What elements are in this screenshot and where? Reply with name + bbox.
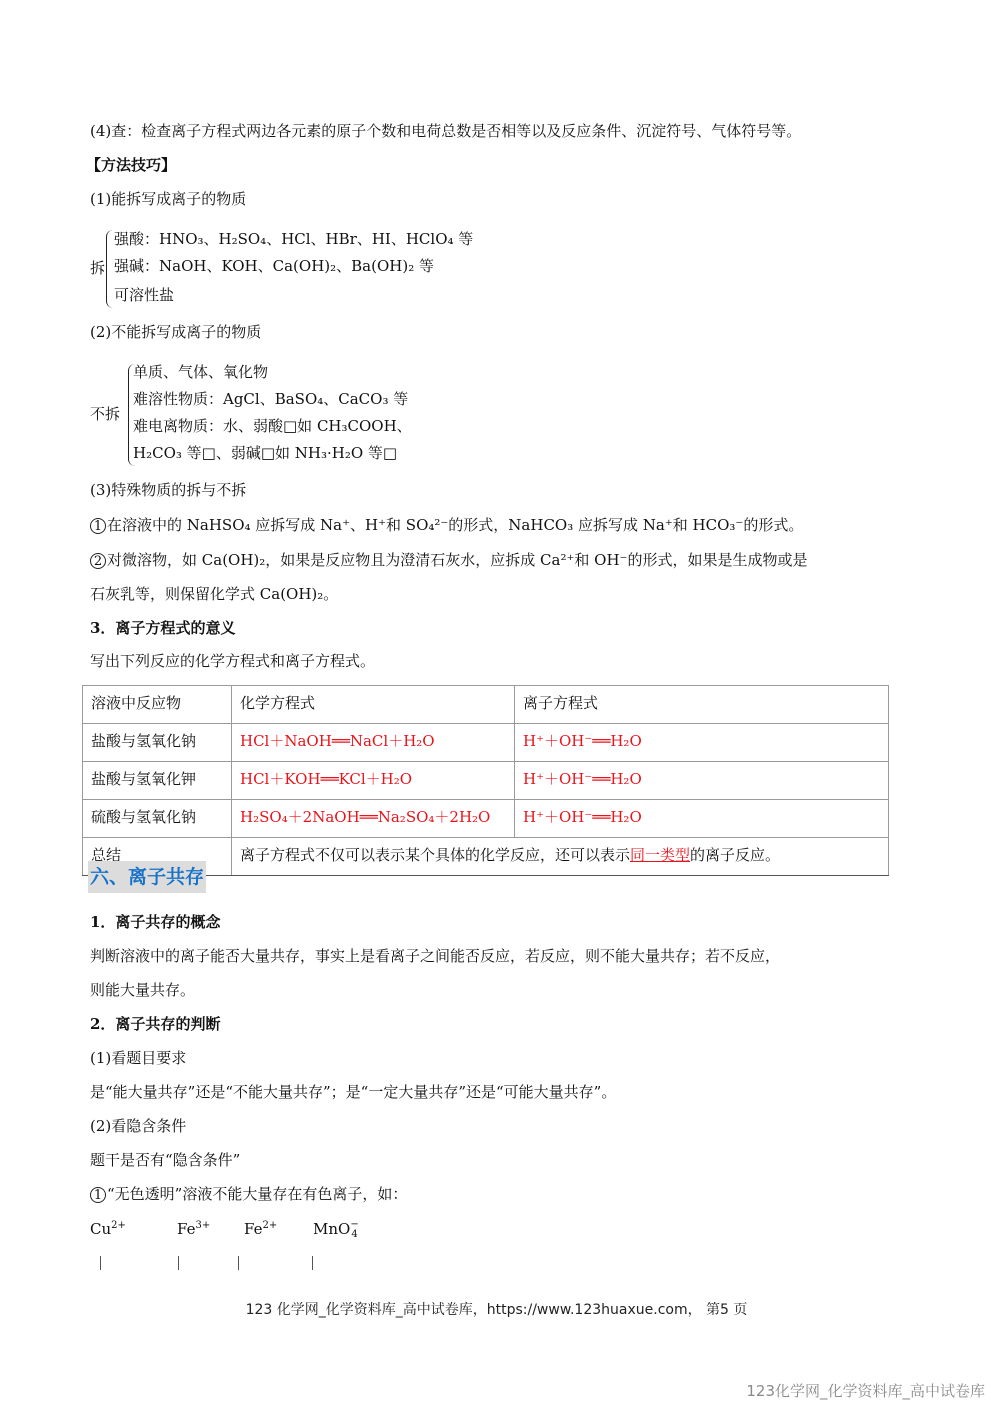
split-item: 强碱：NaOH、KOH、Ca(OH)₂、Ba(OH)₂ 等: [114, 256, 434, 276]
step4-text: (4)查：检查离子方程式两边各元素的原子个数和电荷总数是否相等以及反应条件、沉淀…: [90, 121, 801, 141]
judge-title: 2．离子共存的判断: [90, 1014, 220, 1034]
sub3-title: (3)特殊物质的拆与不拆: [90, 480, 246, 500]
summary-highlight: 同一类型: [630, 846, 690, 864]
ionic-equation-cell: H⁺＋OH⁻══H₂O: [515, 800, 889, 838]
table-header: 离子方程式: [515, 686, 889, 724]
circled-number-icon: 1: [90, 1187, 106, 1203]
circled-number-icon: 1: [90, 518, 106, 534]
ionic-equation-cell: H⁺＋OH⁻══H₂O: [515, 762, 889, 800]
chem-equation-cell: HCl＋NaOH══NaCl＋H₂O: [232, 724, 515, 762]
ion-label: Fe3+: [177, 1220, 210, 1238]
judge-sub2-text: 题干是否有“隐含条件”: [90, 1150, 240, 1170]
section3-intro: 写出下列反应的化学方程式和离子方程式。: [90, 651, 375, 671]
special2-line2: 石灰乳等，则保留化学式 Ca(OH)₂。: [90, 584, 338, 604]
judge-sub1-text: 是“能大量共存”还是“不能大量共存”；是“一定大量共存”还是“可能大量共存”。: [90, 1082, 616, 1102]
nosplit-item: 难溶性物质：AgCl、BaSO₄、CaCO₃ 等: [133, 389, 408, 409]
reactants-cell: 硫酸与氢氧化钠: [83, 800, 232, 838]
section6-heading: 六、离子共存: [88, 861, 206, 893]
tick-mark: [238, 1256, 239, 1270]
ion-label: Fe2+: [244, 1220, 277, 1238]
concept-line2: 则能大量共存。: [90, 980, 195, 1000]
document-page: (4)查：检查离子方程式两边各元素的原子个数和电荷总数是否相等以及反应条件、沉淀…: [0, 0, 993, 1404]
ion-label: MnO−4: [313, 1220, 359, 1240]
table-row: 盐酸与氢氧化钾 HCl＋KOH══KCl＋H₂O H⁺＋OH⁻══H₂O: [83, 762, 889, 800]
page-footer: 123 化学网_化学资料库_高中试卷库，https://www.123huaxu…: [0, 1299, 993, 1319]
summary-post: 的离子反应。: [690, 846, 780, 864]
reactants-cell: 盐酸与氢氧化钾: [83, 762, 232, 800]
special1-text: 在溶液中的 NaHSO₄ 应拆写成 Na⁺、H⁺和 SO₄²⁻的形式，NaHCO…: [107, 516, 803, 534]
split-item: 强酸：HNO₃、H₂SO₄、HCl、HBr、HI、HClO₄ 等: [114, 229, 473, 249]
reactants-cell: 盐酸与氢氧化钠: [83, 724, 232, 762]
colorless-item: 1“无色透明”溶液不能大量存在有色离子，如：: [90, 1184, 407, 1204]
summary-cell: 离子方程式不仅可以表示某个具体的化学反应，还可以表示同一类型的离子反应。: [232, 838, 889, 876]
special2-line1: 对微溶物，如 Ca(OH)₂，如果是反应物且为澄清石灰水，应拆成 Ca²⁺和 O…: [107, 551, 807, 569]
ion-label: Cu2+: [90, 1220, 126, 1238]
equation-table: 溶液中反应物 化学方程式 离子方程式 盐酸与氢氧化钠 HCl＋NaOH══NaC…: [82, 685, 889, 876]
concept-line1: 判断溶液中的离子能否大量共存，事实上是看离子之间能否反应，若反应，则不能大量共存…: [90, 946, 780, 966]
tick-mark: [100, 1256, 101, 1270]
concept-title: 1．离子共存的概念: [90, 912, 220, 932]
judge-sub2: (2)看隐含条件: [90, 1116, 186, 1136]
tick-mark: [312, 1256, 313, 1270]
circled-number-icon: 2: [90, 553, 106, 569]
nosplit-item: H₂CO₃ 等□、弱碱□如 NH₃·H₂O 等□: [133, 443, 397, 463]
special-item-2: 2对微溶物，如 Ca(OH)₂，如果是反应物且为澄清石灰水，应拆成 Ca²⁺和 …: [90, 550, 807, 570]
summary-pre: 离子方程式不仅可以表示某个具体的化学反应，还可以表示: [240, 846, 630, 864]
judge-sub1: (1)看题目要求: [90, 1048, 186, 1068]
special-item-1: 1在溶液中的 NaHSO₄ 应拆写成 Na⁺、H⁺和 SO₄²⁻的形式，NaHC…: [90, 515, 803, 535]
watermark: 123化学网_化学资料库_高中试卷库: [746, 1380, 985, 1401]
tick-mark: [178, 1256, 179, 1270]
ionic-equation-cell: H⁺＋OH⁻══H₂O: [515, 724, 889, 762]
colorless-text: “无色透明”溶液不能大量存在有色离子，如：: [107, 1185, 407, 1203]
sub1-title: (1)能拆写成离子的物质: [90, 189, 246, 209]
split-item: 可溶性盐: [114, 285, 174, 305]
chem-equation-cell: H₂SO₄＋2NaOH══Na₂SO₄＋2H₂O: [232, 800, 515, 838]
table-header: 化学方程式: [232, 686, 515, 724]
section3-title: 3．离子方程式的意义: [90, 618, 235, 638]
table-row: 盐酸与氢氧化钠 HCl＋NaOH══NaCl＋H₂O H⁺＋OH⁻══H₂O: [83, 724, 889, 762]
nosplit-item: 难电离物质：水、弱酸□如 CH₃COOH、: [133, 416, 412, 436]
table-header: 溶液中反应物: [83, 686, 232, 724]
table-row: 硫酸与氢氧化钠 H₂SO₄＋2NaOH══Na₂SO₄＋2H₂O H⁺＋OH⁻═…: [83, 800, 889, 838]
method-title: 【方法技巧】: [86, 155, 176, 175]
split-label: 拆: [90, 257, 105, 278]
nosplit-label: 不拆: [90, 403, 120, 424]
chem-equation-cell: HCl＋KOH══KCl＋H₂O: [232, 762, 515, 800]
brace-icon: [106, 230, 113, 308]
sub2-title: (2)不能拆写成离子的物质: [90, 322, 261, 342]
table-header-row: 溶液中反应物 化学方程式 离子方程式: [83, 686, 889, 724]
nosplit-item: 单质、气体、氧化物: [133, 362, 268, 382]
